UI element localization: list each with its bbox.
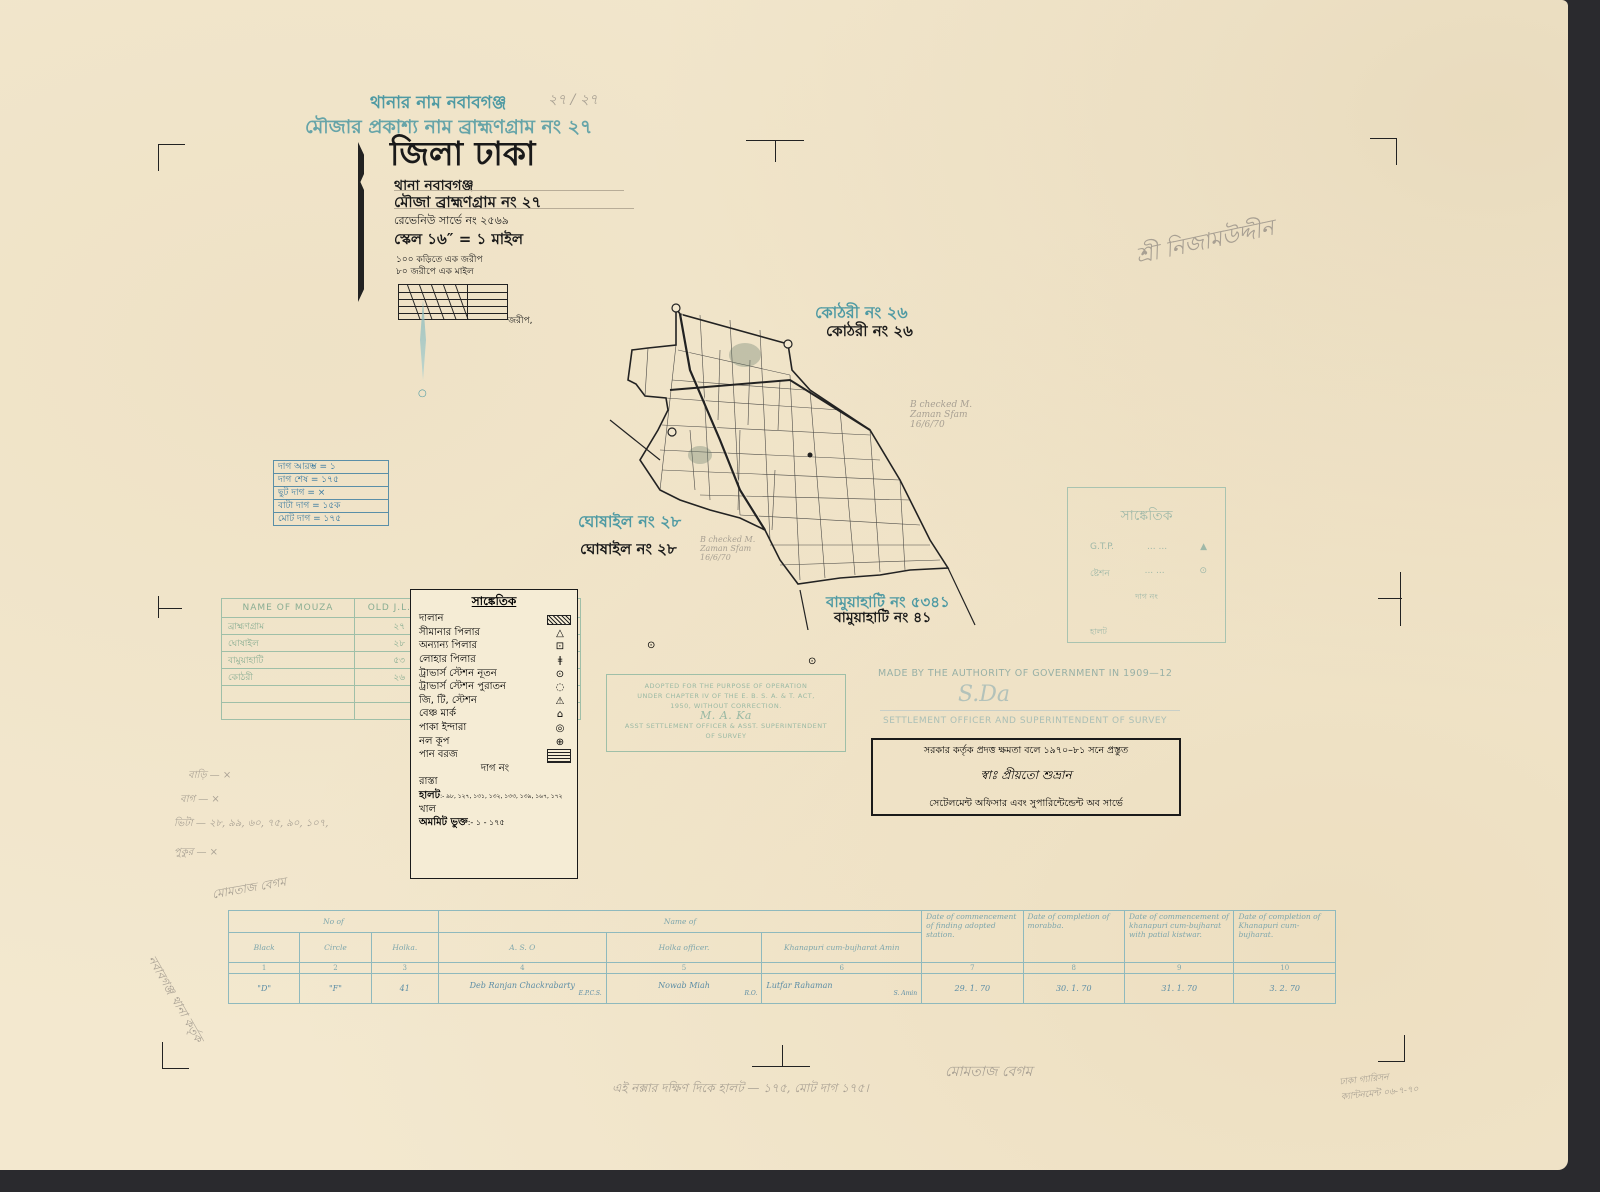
tick-bottom-center: [752, 1066, 810, 1067]
stats-row: মোট দাগ = ১৭৫: [274, 513, 388, 525]
chain-note-2: ৮০ জরীপে এক মাইল: [396, 264, 474, 279]
adjacent-mouza-west: ঘোষাইল নং ২৮: [580, 538, 677, 563]
pencil-corner-note: ২৭ / ২৭: [548, 88, 598, 112]
plot-stats-box: দাগ আরম্ভ = ১ দাগ শেষ = ১৭৫ ছুট দাগ = × …: [273, 460, 389, 526]
station-marker: ⊙: [808, 656, 816, 667]
gt-station-icon: ⚠: [549, 696, 571, 707]
gtp-triangle-icon: ▲: [1200, 542, 1207, 552]
stats-row: দাগ শেষ = ১৭৫: [274, 474, 388, 487]
aso-value: Deb Ranjan ChackrabartyE.P.C.S.: [438, 974, 606, 1004]
station-marker: ⊙: [647, 640, 655, 651]
holka-officer-value: Nowab MiahR.O.: [606, 974, 762, 1004]
col-header: Khanapuri cum-bujharat Amin: [762, 933, 922, 963]
pencil-bottom-note: এই নক্সার দক্ষিণ দিকে হালট — ১৭৫, মোট দা…: [612, 1080, 869, 1100]
iron-pillar-icon: ǂ: [549, 655, 571, 666]
betel-garden-hatch-icon: [547, 749, 571, 763]
holka-value: 41: [371, 974, 438, 1004]
conventions-title: সাঙ্কেতিক: [1068, 504, 1225, 528]
scale-unit: জরীপ,: [508, 313, 533, 328]
bench-mark-icon: ⌂: [549, 709, 571, 720]
traverse-station-old-icon: ◌: [549, 682, 571, 693]
tick-left-middle: [158, 608, 182, 609]
pencil-list-item: বাড়ি — ×: [188, 768, 231, 785]
cert-line-1: সরকার কর্তৃক প্রদত্ত ক্ষমতা বলে ১৯৭০–৮১ …: [873, 744, 1179, 759]
amin-value: Lutfar RahamanS. Amin: [762, 974, 922, 1004]
pencil-list-item: ভিটা — ২৮, ৯৯, ৬০, ৭৫, ৯০, ১০৭,: [174, 816, 328, 833]
col-header: Holka.: [371, 933, 438, 963]
settlement-officer-signature: S.Da: [958, 682, 1010, 707]
crop-mark-bottom-right: [1378, 1035, 1405, 1062]
pencil-left-rotated: নবাবগঞ্জ থানা কর্তৃক: [141, 953, 207, 1047]
north-arrow-ring: ○: [418, 388, 427, 399]
circle-value: "F": [300, 974, 371, 1004]
legend-box: সাঙ্কেতিক দালান সীমানার পিলার△ অন্যান্য …: [410, 589, 578, 879]
stats-row: দাগ আরম্ভ = ১: [274, 461, 388, 474]
col-header: A. S. O: [438, 933, 606, 963]
col-header: Circle: [300, 933, 371, 963]
diagonal-scale: [398, 284, 508, 320]
cert-line-3: সেটেলমেন্ট অফিসার এবং সুপারিন্টেন্ডেন্ট …: [873, 797, 1179, 812]
col-header: NAME OF MOUZA: [222, 599, 355, 618]
mouza-name: বামুয়াহাটি: [222, 652, 355, 669]
crop-mark-top-left: [158, 144, 185, 171]
asst-officer-signature: M. A. Ka: [607, 711, 845, 721]
stats-row: বাটা দাগ = ১৫ক: [274, 500, 388, 513]
col-header: Date of commencement of khanapuri cum-bu…: [1125, 911, 1234, 963]
block-value: "D": [229, 974, 300, 1004]
pencil-bottom-signature: মোমতাজ বেগম: [945, 1060, 1032, 1084]
pencil-list-item: পুকুর — ×: [174, 845, 218, 862]
col-header: Date of completion of Khanapuri cum-bujh…: [1234, 911, 1336, 963]
settlement-officer-title: SETTLEMENT OFFICER AND SUPERINTENDENT OF…: [883, 716, 1167, 726]
crop-mark-bottom-left: [162, 1042, 189, 1069]
preparation-certificate: সরকার কর্তৃক প্রদত্ত ক্ষমতা বলে ১৯৭০–৮১ …: [871, 738, 1181, 816]
tick-right-middle-v: [1400, 572, 1401, 626]
col-header: Date of completion of morabba.: [1023, 911, 1124, 963]
mouza-name: কোঠরী: [222, 669, 355, 686]
title-bracket: [358, 142, 364, 302]
adjacent-mouza-north: কোঠরী নং ২৬: [826, 320, 913, 345]
tick-right-middle: [1378, 598, 1402, 599]
legend-title: সাঙ্কেতিক: [411, 593, 577, 613]
tick-left-middle-v: [158, 596, 159, 618]
adjacent-mouza-west-teal: ঘোষাইল নং ২৮: [578, 509, 681, 536]
pencil-left-signature: মোমতাজ বেগম: [211, 874, 288, 907]
pencil-checked-note: B checked M. Zaman Sfam 16/6/70: [700, 535, 780, 562]
conventions-bottom: হালট: [1090, 626, 1225, 639]
traverse-station-new-icon: ⊙: [549, 669, 571, 680]
col-header: Holka officer.: [606, 933, 762, 963]
pencil-note-top-right: শ্রী নিজামউদ্দীন: [1133, 211, 1278, 276]
group-name-of: Name of: [438, 911, 921, 933]
pucca-well-icon: ◎: [549, 723, 571, 734]
adjacent-mouza-south: বামুয়াহাটি নং ৪১: [834, 606, 931, 630]
stats-row: ছুট দাগ = ×: [274, 487, 388, 500]
conventions-sub: দাগ নং: [1068, 591, 1225, 604]
building-hatch-icon: [547, 615, 571, 625]
mouza-plot-map: [600, 290, 980, 630]
crop-mark-top-right: [1370, 138, 1397, 165]
date-value: 30. 1. 70: [1023, 974, 1124, 1004]
date-value: 3. 2. 70: [1234, 974, 1336, 1004]
map-sheet: থানার নাম নবাবগঞ্জ মৌজার প্রকাশ্য নাম ব্…: [0, 0, 1568, 1170]
col-header: Date of commencement of finding adopted …: [922, 911, 1023, 963]
govt-authority-line: MADE BY THE AUTHORITY OF GOVERNMENT IN 1…: [878, 668, 1172, 679]
conventions-row: ষ্টেশন... ...⊙: [1068, 566, 1225, 581]
conventions-box: সাঙ্কেতিক G.T.P.... ...▲ ষ্টেশন... ...⊙ …: [1067, 487, 1226, 643]
rule: [880, 710, 1180, 711]
date-value: 31. 1. 70: [1125, 974, 1234, 1004]
col-header: Black: [229, 933, 300, 963]
scale-line: স্কেল ১৬″ = ১ মাইল: [394, 228, 523, 253]
rule: [394, 208, 634, 209]
tick-top-center-v: [775, 140, 776, 162]
conventions-row: G.T.P.... ...▲: [1068, 542, 1225, 552]
other-pillar-icon: ⊡: [549, 641, 571, 652]
adoption-stamp: ADOPTED FOR THE PURPOSE OF OPERATION UND…: [606, 674, 846, 752]
cert-signature: স্বাঃ প্রীয়তো শুভ্রান: [873, 767, 1179, 787]
mouza-name: ঘোষাইল: [222, 635, 355, 652]
mouza-name: ব্রাহ্মণগ্রাম: [222, 618, 355, 635]
survey-work-table: No of Name of Date of commencement of fi…: [228, 910, 1336, 1004]
tick-bottom-center-v: [782, 1045, 783, 1067]
tube-well-icon: ⊕: [549, 737, 571, 748]
group-no-of: No of: [229, 911, 439, 933]
pencil-bottom-right-note: ঢাকা গ্যারিসন ক্যান্টনমেন্ট ০৬-৭-৭০: [1339, 1065, 1432, 1104]
pencil-list-item: বাগ — ×: [180, 792, 220, 809]
date-value: 29. 1. 70: [922, 974, 1023, 1004]
boundary-pillar-icon: △: [549, 628, 571, 639]
pencil-checked-note: B checked M. Zaman Sfam 16/6/70: [910, 400, 1000, 430]
station-circle-icon: ⊙: [1199, 566, 1207, 581]
legend-mismatch: অমমিট ভুক্ত:- ১ - ১৭৫: [411, 817, 577, 831]
